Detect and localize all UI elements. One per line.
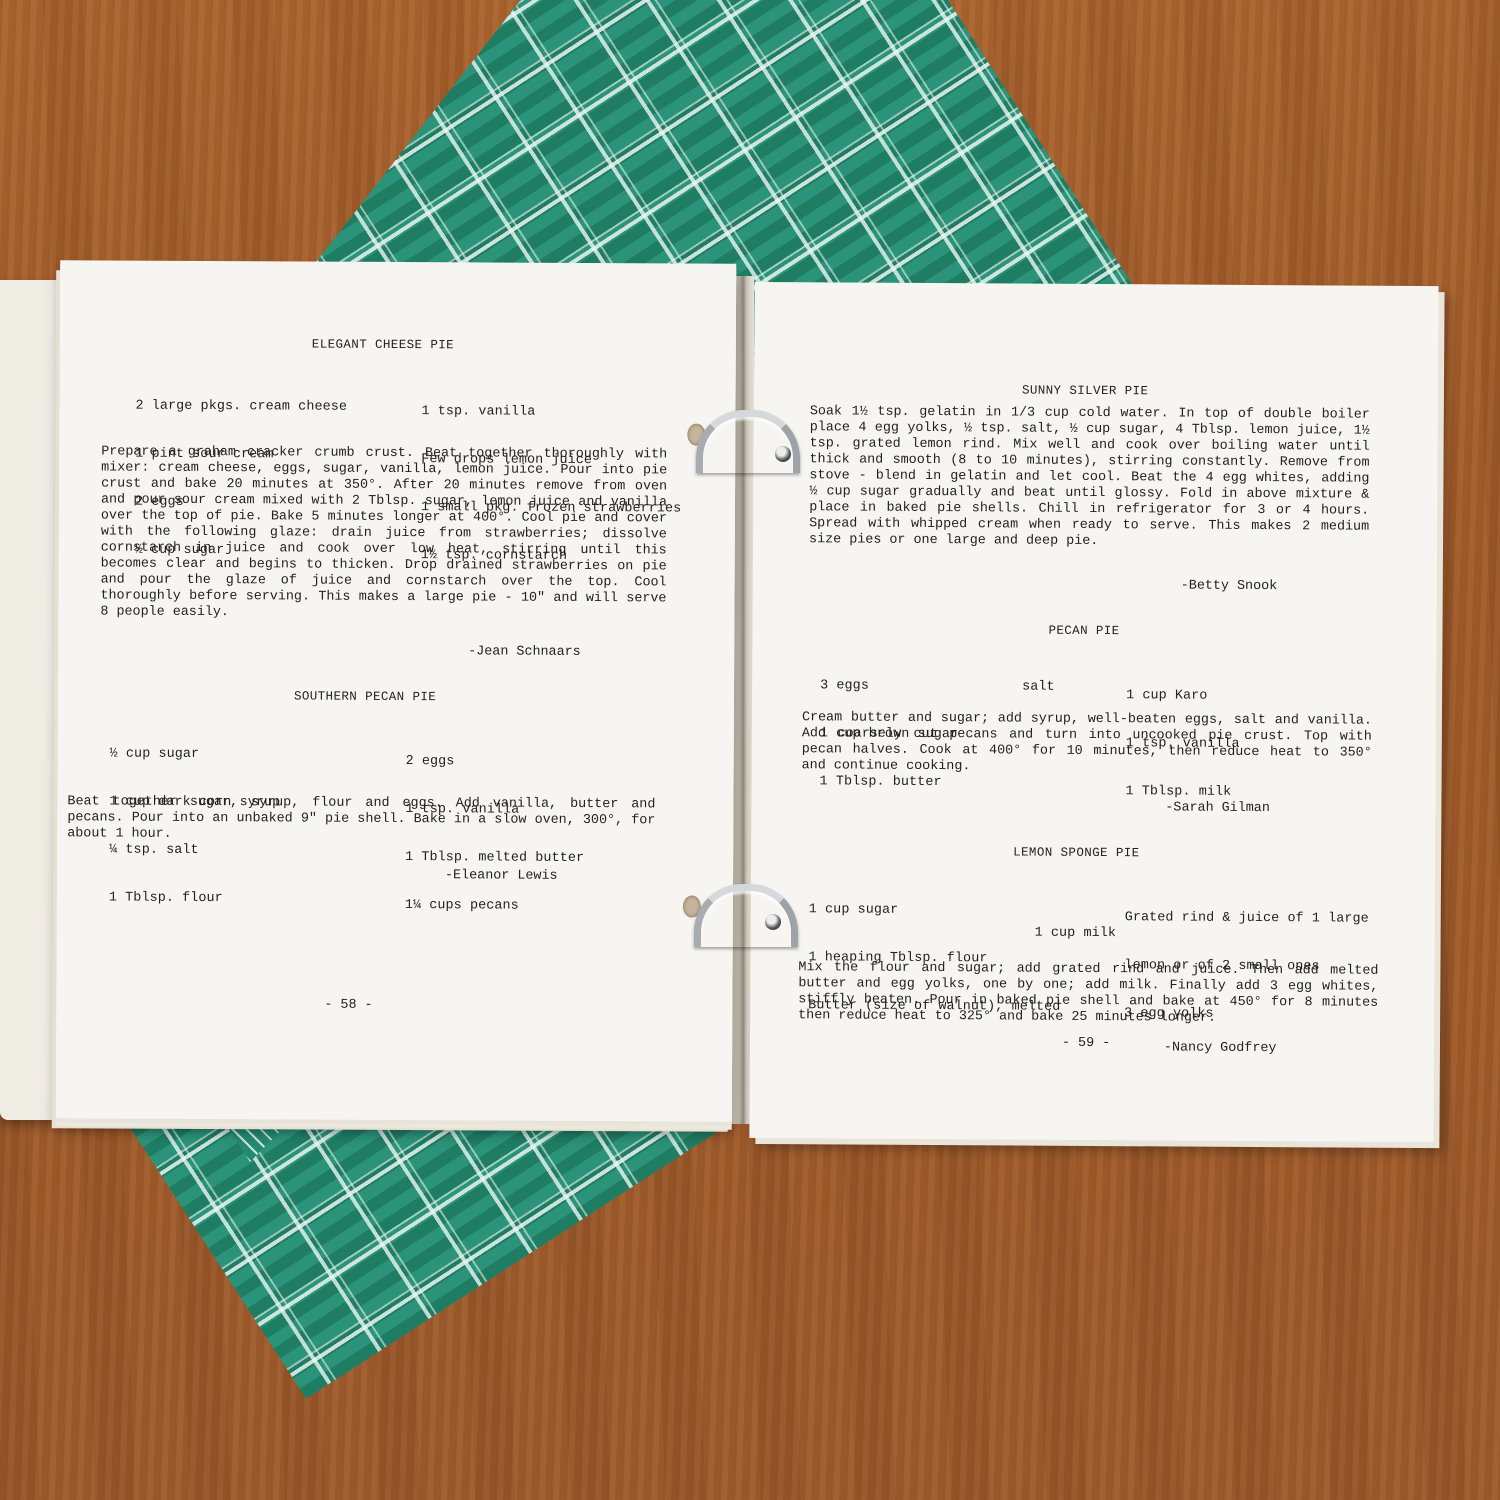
binder-ring-end [775, 446, 791, 462]
recipe-author: -Eleanor Lewis [445, 868, 558, 884]
recipe-directions: Soak 1½ tsp. gelatin in 1/3 cup cold wat… [809, 404, 1370, 551]
left-page[interactable]: ELEGANT CHEESE PIE 2 large pkgs. cream c… [56, 260, 736, 1122]
recipe-author: -Nancy Godfrey [1164, 1040, 1277, 1056]
recipe-directions: Cream butter and sugar; add syrup, well-… [802, 710, 1372, 777]
recipe-title: SUNNY SILVER PIE [1022, 384, 1149, 399]
page-number: - 58 - [324, 998, 372, 1013]
recipe-title: PECAN PIE [1048, 624, 1119, 638]
right-page[interactable]: SUNNY SILVER PIE Soak 1½ tsp. gelatin in… [749, 282, 1438, 1142]
recipe-title: ELEGANT CHEESE PIE [312, 338, 454, 353]
ingredients-center: 1 cup milk [1035, 926, 1116, 942]
recipe-author: -Betty Snook [1181, 579, 1278, 595]
recipe-author: -Sarah Gilman [1165, 800, 1270, 816]
recipe-directions: Mix the flour and sugar; add grated rind… [798, 960, 1378, 1028]
ingredients-middle: salt [1022, 680, 1055, 696]
recipe-author: -Jean Schnaars [468, 644, 581, 660]
recipe-directions: Prepare a graham cracker crumb crust. Be… [100, 444, 667, 623]
recipe-title: SOUTHERN PECAN PIE [294, 689, 436, 704]
binder-ring-end [765, 914, 781, 930]
page-number: - 59 - [1062, 1036, 1110, 1051]
recipe-title: LEMON SPONGE PIE [1013, 846, 1140, 861]
recipe-directions: Beat together sugar, syrup, flour and eg… [67, 794, 655, 845]
